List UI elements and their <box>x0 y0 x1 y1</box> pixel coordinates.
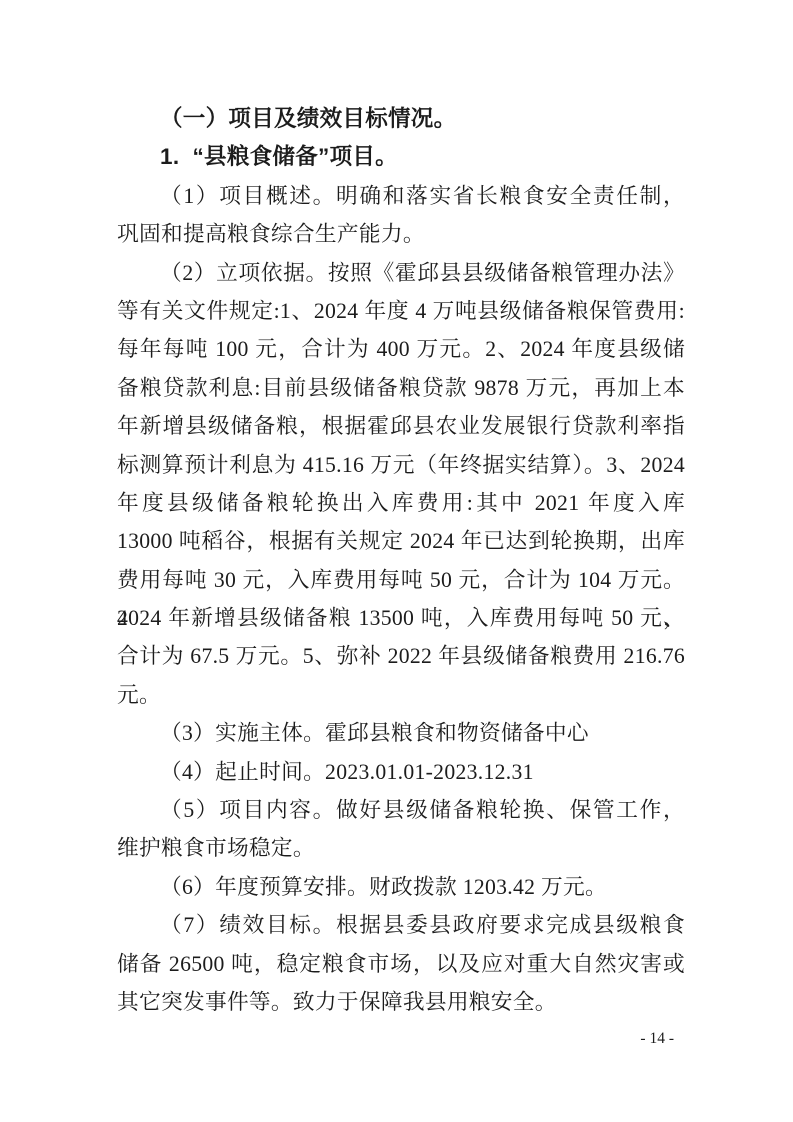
text-line: 巩固和提高粮食综合生产能力。 <box>117 215 685 253</box>
page-footer: - 14 - <box>117 1028 685 1050</box>
text-line: 维护粮食市场稳定。 <box>117 829 685 867</box>
document-body: （一）项目及绩效目标情况。1. “县粮食储备”项目。（1）项目概述。明确和落实省… <box>117 100 685 1021</box>
text-line: 年度县级储备粮轮换出入库费用:其中 2021 年度入库 <box>117 484 685 522</box>
text-line: 储备 26500 吨，稳定粮食市场，以及应对重大自然灾害或 <box>117 945 685 983</box>
heading1-line: （一）项目及绩效目标情况。 <box>117 100 685 138</box>
text-line: （5）项目内容。做好县级储备粮轮换、保管工作， <box>117 791 685 829</box>
document-page: （一）项目及绩效目标情况。1. “县粮食储备”项目。（1）项目概述。明确和落实省… <box>0 0 793 1122</box>
text-line: 13000 吨稻谷，根据有关规定 2024 年已达到轮换期，出库 <box>117 522 685 560</box>
text-line: （7）绩效目标。根据县委县政府要求完成县级粮食 <box>117 906 685 944</box>
text-line: 费用每吨 30 元，入库费用每吨 50 元，合计为 104 万元。4、 <box>117 561 685 599</box>
text-line: 元。 <box>117 676 685 714</box>
text-line: （6）年度预算安排。财政拨款 1203.42 万元。 <box>117 868 685 906</box>
text-line: （2）立项依据。按照《霍邱县县级储备粮管理办法》 <box>117 254 685 292</box>
text-line: 等有关文件规定:1、2024 年度 4 万吨县级储备粮保管费用: <box>117 292 685 330</box>
text-line: （4）起止时间。2023.01.01-2023.12.31 <box>117 753 685 791</box>
text-line: 每年每吨 100 元，合计为 400 万元。2、2024 年度县级储 <box>117 330 685 368</box>
heading2-line: 1. “县粮食储备”项目。 <box>117 138 685 176</box>
text-line: 备粮贷款利息:目前县级储备粮贷款 9878 万元，再加上本 <box>117 369 685 407</box>
text-line: （3）实施主体。霍邱县粮食和物资储备中心 <box>117 714 685 752</box>
text-line: 其它突发事件等。致力于保障我县用粮安全。 <box>117 983 685 1021</box>
text-line: 合计为 67.5 万元。5、弥补 2022 年县级储备粮费用 216.76 <box>117 637 685 675</box>
text-line: 年新增县级储备粮，根据霍邱县农业发展银行贷款利率指 <box>117 407 685 445</box>
text-line: 标测算预计利息为 415.16 万元（年终据实结算）。3、2024 <box>117 446 685 484</box>
page-number: - 14 - <box>640 1028 685 1050</box>
text-line: 2024 年新增县级储备粮 13500 吨，入库费用每吨 50 元， <box>117 599 685 637</box>
text-line: （1）项目概述。明确和落实省长粮食安全责任制， <box>117 177 685 215</box>
